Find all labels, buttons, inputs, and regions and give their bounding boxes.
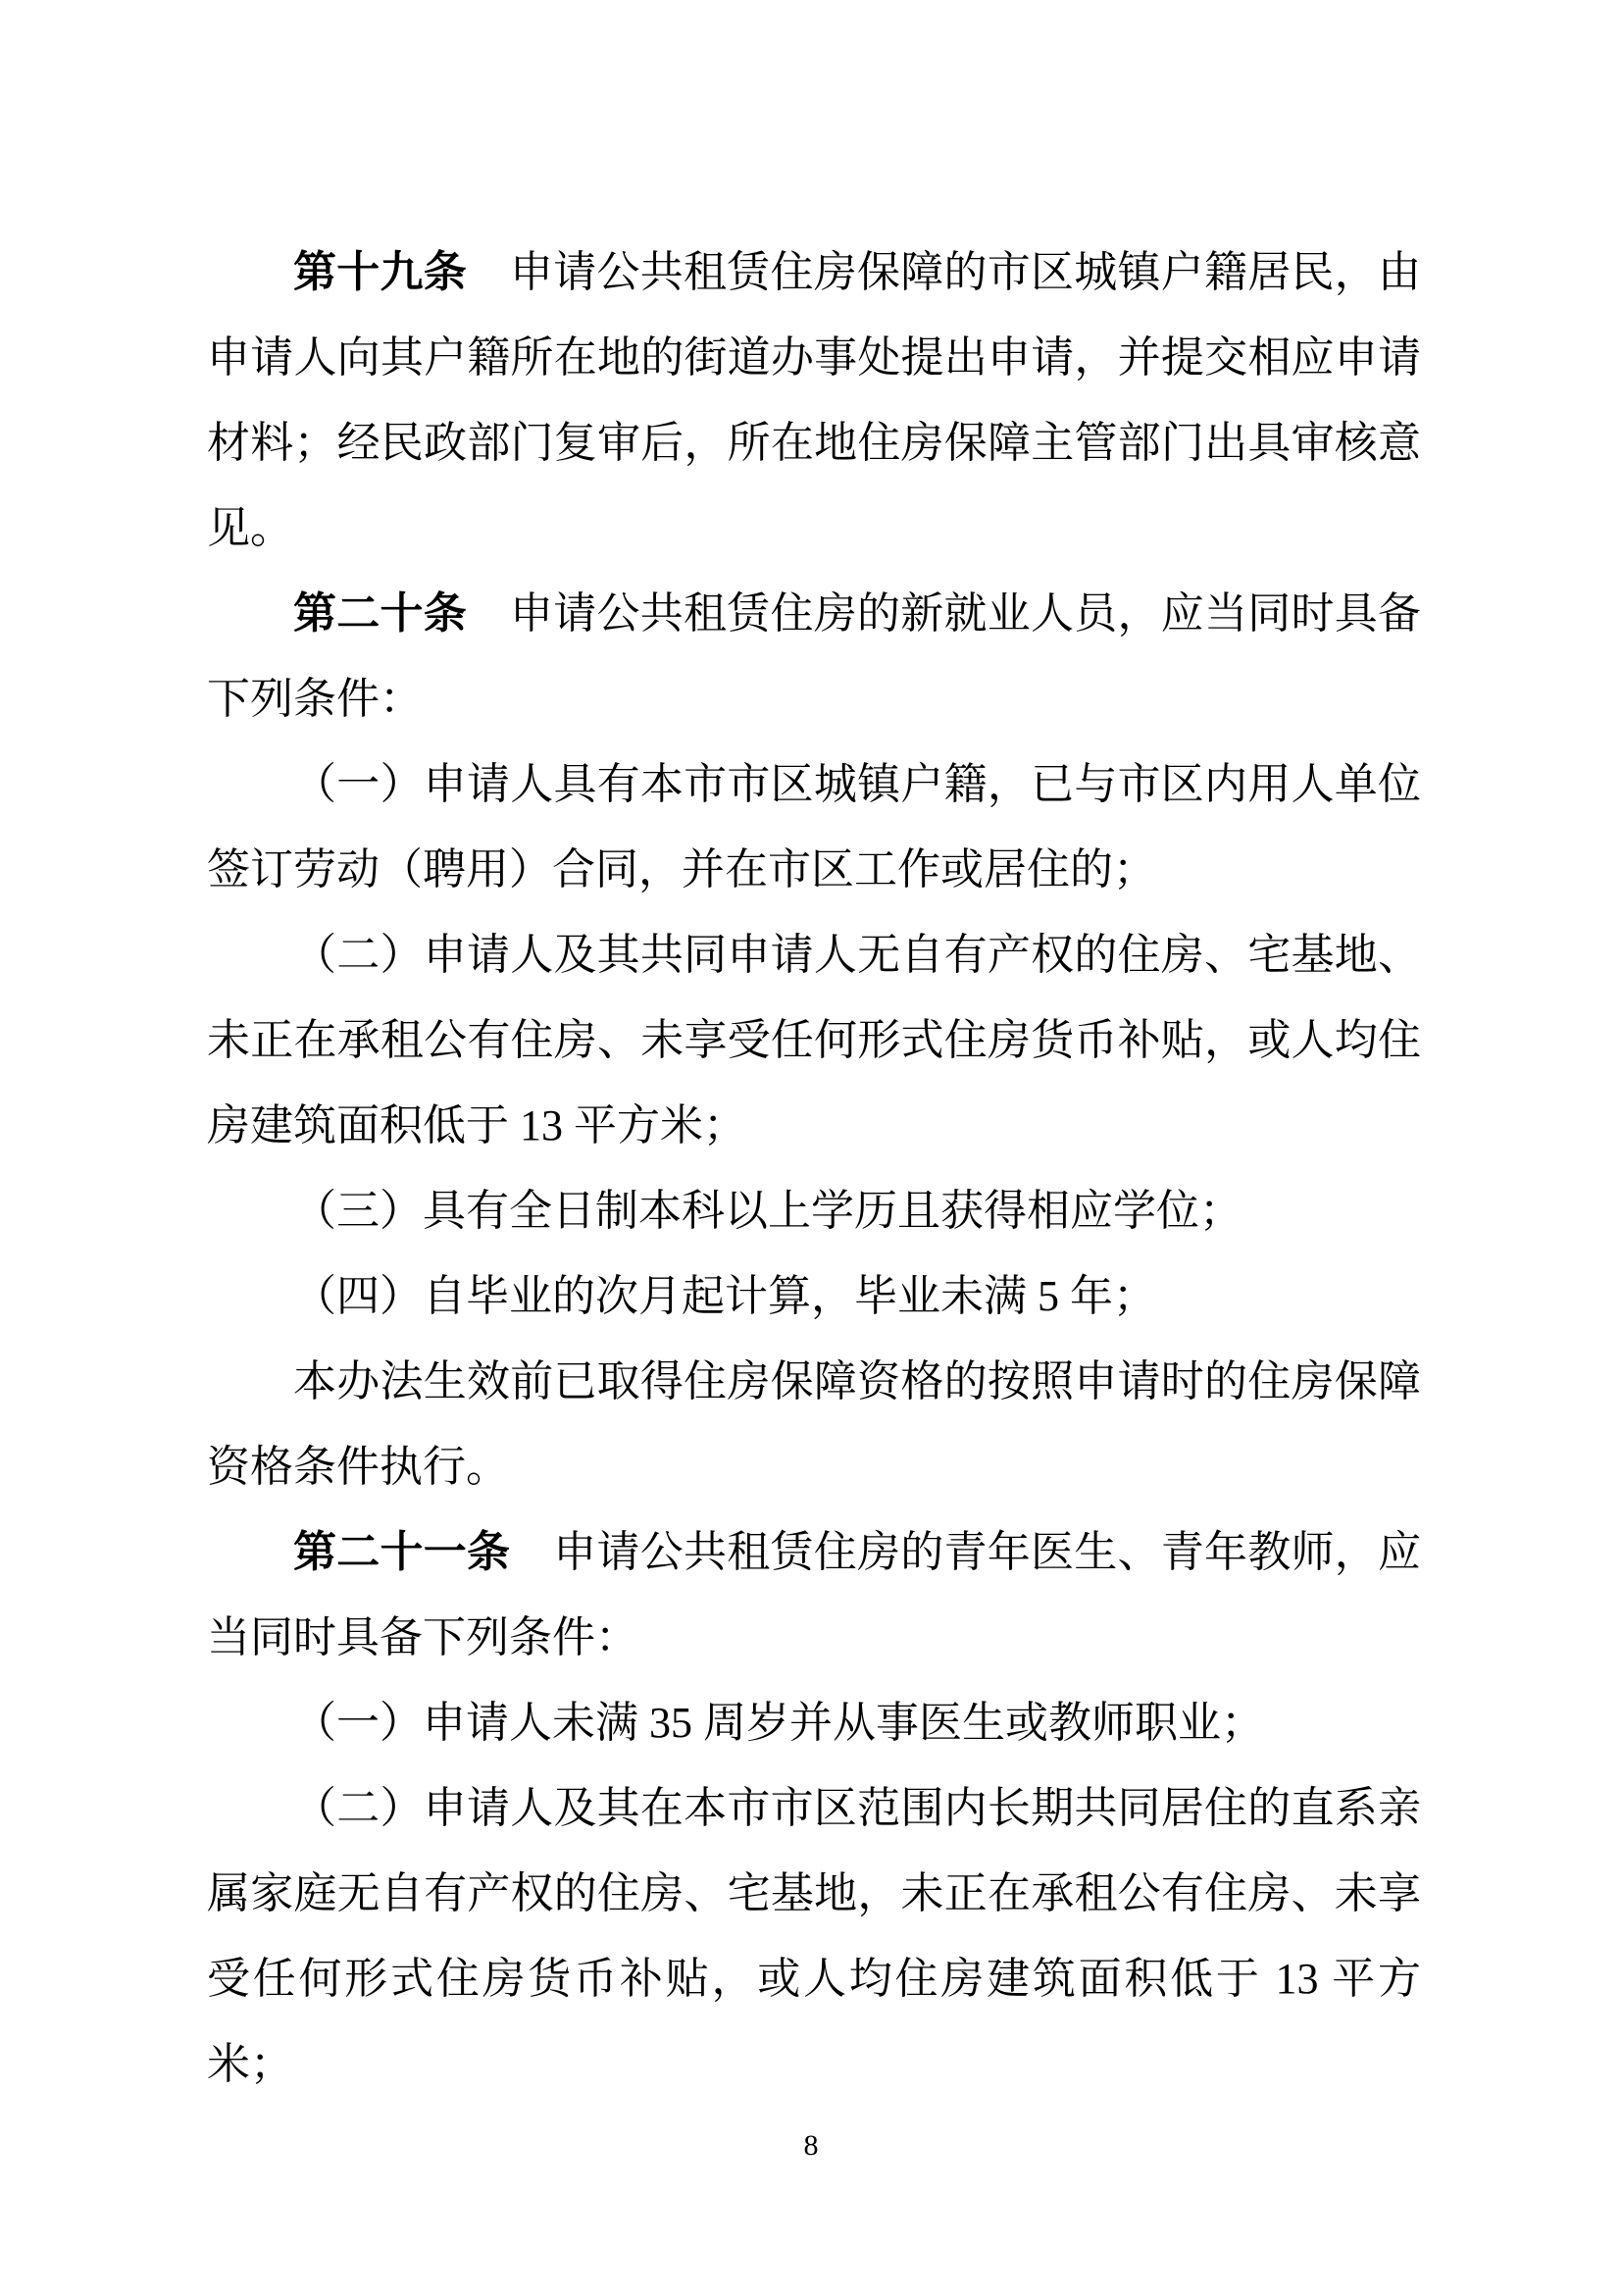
paragraph-text: （一）申请人未满 35 周岁并从事医生或教师职业； (293, 1699, 1264, 1747)
paragraph-text: （一）申请人具有本市市区城镇户籍，已与市区内用人单位签订劳动（聘用）合同，并在市… (207, 760, 1421, 893)
paragraph: （一）申请人未满 35 周岁并从事医生或教师职业； (207, 1680, 1421, 1765)
paragraph: 第十九条申请公共租赁住房保障的市区城镇户籍居民，由申请人向其户籍所在地的街道办事… (207, 230, 1421, 571)
paragraph-text: （二）申请人及其在本市市区范围内长期共同居住的直系亲属家庭无自有产权的住房、宅基… (207, 1784, 1421, 2088)
article-number: 第二十一条 (293, 1528, 510, 1576)
article-number: 第二十条 (293, 589, 467, 638)
paragraph: 第二十一条申请公共租赁住房的青年医生、青年教师，应当同时具备下列条件： (207, 1509, 1421, 1680)
paragraph-text: （二）申请人及其共同申请人无自有产权的住房、宅基地、未正在承租公有住房、未享受任… (207, 931, 1421, 1149)
document-page: 第十九条申请公共租赁住房保障的市区城镇户籍居民，由申请人向其户籍所在地的街道办事… (0, 0, 1622, 2296)
paragraph: （二）申请人及其在本市市区范围内长期共同居住的直系亲属家庭无自有产权的住房、宅基… (207, 1765, 1421, 2107)
page-number: 8 (0, 2128, 1622, 2164)
article-number: 第十九条 (293, 248, 467, 296)
paragraph: （一）申请人具有本市市区城镇户籍，已与市区内用人单位签订劳动（聘用）合同，并在市… (207, 741, 1421, 912)
paragraph: （四）自毕业的次月起计算，毕业未满 5 年； (207, 1253, 1421, 1339)
paragraph-text: 本办法生效前已取得住房保障资格的按照申请时的住房保障资格条件执行。 (207, 1357, 1421, 1491)
document-body: 第十九条申请公共租赁住房保障的市区城镇户籍居民，由申请人向其户籍所在地的街道办事… (207, 230, 1421, 2107)
paragraph-text: （三）具有全日制本科以上学历且获得相应学位； (293, 1187, 1242, 1235)
paragraph: 第二十条申请公共租赁住房的新就业人员，应当同时具备下列条件： (207, 571, 1421, 741)
paragraph: （三）具有全日制本科以上学历且获得相应学位； (207, 1168, 1421, 1253)
paragraph: （二）申请人及其共同申请人无自有产权的住房、宅基地、未正在承租公有住房、未享受任… (207, 912, 1421, 1168)
paragraph-text: （四）自毕业的次月起计算，毕业未满 5 年； (293, 1272, 1156, 1320)
paragraph: 本办法生效前已取得住房保障资格的按照申请时的住房保障资格条件执行。 (207, 1339, 1421, 1509)
